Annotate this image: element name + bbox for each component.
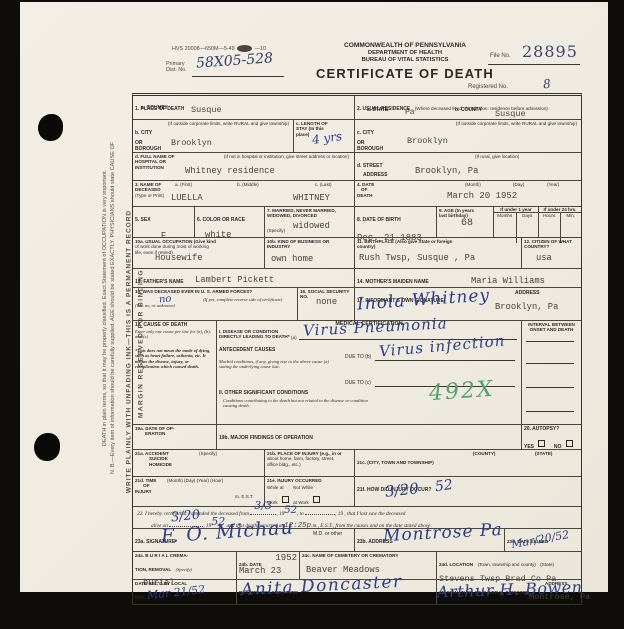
inst-note: (If not in hospital or institution, give… (211, 154, 349, 159)
marital-label2: WIDOWED, DIVORCED (267, 213, 352, 218)
field-birthplace: 11. BIRTHPLACE (Also give State or forei… (354, 238, 521, 268)
first-name-value: LUELLA (171, 193, 203, 203)
location-note: (Town, township and county) (478, 562, 536, 567)
mother-value: Maria Williams (471, 276, 545, 286)
row-injury-2: 21d. TIME OF INJURY (Month) (Day) (Year)… (133, 476, 581, 506)
residence-county-value: Susque (495, 109, 526, 119)
line (488, 64, 580, 65)
father-value: Lambert Pickett (195, 275, 274, 285)
cemetery-label: 24c. NAME OF CEMETERY OR CREMATORY (302, 553, 434, 558)
field-burial-type: 24a. B U R I A L CREMA- TION, REMOVAL (S… (133, 552, 236, 579)
row-physician: 23a. SIGNATURE M.D. or other F. O. Micha… (133, 528, 581, 551)
field-industry: 10b. KIND OF BUSINESS OR INDUSTRY own ho… (264, 238, 354, 268)
place-county-label: a. COUNTY (141, 105, 168, 111)
field-injury-city: 21c. (CITY, TOWN AND TOWNSHIP) (COUNTY) … (354, 450, 581, 476)
burial-date-year: 1952 (275, 553, 297, 563)
marital-value: widowed (293, 221, 330, 231)
while-at-work-checkbox (282, 496, 289, 503)
field-name-of-deceased: 3. NAME OF DECEASED (Type or Print) a. (… (133, 181, 354, 206)
field-length-of-stay: c. LENGTH OF STAY (In this place) 4 yrs (293, 120, 354, 152)
injury-city-label: 21c. (CITY, TOWN AND TOWNSHIP) (357, 460, 434, 465)
sex-label: 5. SEX (135, 217, 151, 223)
dod-day-label: (Day) (513, 182, 524, 187)
row-name-dod: 3. NAME OF DECEASED (Type or Print) a. (… (133, 180, 581, 206)
citizen-value: usa (536, 253, 579, 263)
field-street-address: d. STREET (If rural, give location) ADDR… (354, 153, 581, 180)
field-injury-occurred: 21e. INJURY OCCURRED While at Work Not W… (264, 477, 354, 506)
injury-place-label3: office bldg., etc.) (267, 462, 352, 467)
field-age-under24: If under 24 hrs. Hours Min. (538, 207, 581, 237)
last-name-value: WHITNEY (293, 193, 330, 203)
certify-from-blank: 3/3 (250, 508, 276, 515)
industry-value: own home (271, 254, 352, 264)
punch-hole (34, 433, 60, 461)
cause-a-label: (a) (291, 335, 297, 340)
while-label: While at (267, 485, 289, 490)
certify-comma19b: , 19 (335, 511, 343, 517)
forces-note2: (If yes, complete reverse side of certif… (203, 297, 293, 302)
cause-note2: *This does not mean the mode of dying, s… (135, 348, 214, 370)
date-signed-value: Mar/20/52 (510, 529, 570, 550)
department-line: DEPARTMENT OF HEALTH (295, 50, 515, 57)
row-cause-of-death: 18. CAUSE OF DEATH Enter only one cause … (133, 320, 581, 424)
residence-county-label: b. COUNTY (455, 107, 482, 113)
cause-note1: Enter only one cause per line for (a), (… (135, 329, 214, 340)
primary-dist-label: Primary Dist. No. (166, 61, 187, 74)
field-sex: 5. SEX F (133, 207, 194, 237)
field-accident-suicide: 21a. ACCIDENT SUICIDE HOMICIDE (Specify) (133, 450, 264, 476)
marital-label3: (Specify) (267, 228, 285, 233)
director-addr-value: Montrose, Pa (529, 592, 590, 602)
place-county-value: Susque (191, 105, 222, 115)
row-place-residence: 1. PLACE OF DEATH a. COUNTY Susque 2. US… (133, 96, 581, 119)
row-occupation: 10a. USUAL OCCUPATION (Give kind of work… (133, 237, 581, 268)
age-value: 68 (461, 218, 473, 229)
birthplace-label2: country) (357, 244, 519, 249)
residence-city-value: Brooklyn (407, 136, 448, 146)
autopsy-no-checkbox (566, 440, 573, 447)
field-registrar-signature: REGISTRAR'S SIGNATURE Anita Doncaster (236, 580, 436, 604)
field-operation-findings: 19b. MAJOR FINDINGS OF OPERATION (216, 425, 521, 449)
industry-label2: INDUSTRY (267, 244, 352, 249)
field-time-of-injury: 21d. TIME OF INJURY (Month) (Day) (Year)… (133, 477, 264, 506)
antecedent-label: ANTECEDENT CAUSES (219, 347, 275, 353)
residence-state-label: a. STATE (367, 107, 388, 113)
notwhile-label: Not While (293, 485, 320, 490)
field-father: 13. FATHER'S NAME Lambert Pickett (133, 269, 354, 287)
informant-signature: Inola Whitney (357, 287, 491, 313)
registered-no-value: 8 (542, 78, 551, 91)
line (192, 76, 284, 77)
file-no-label: File No. (490, 53, 511, 60)
certify-to-year-overlay: 52 (434, 478, 454, 494)
accident-label3: HOMICIDE (149, 462, 262, 467)
file-no-value: 28895 (522, 42, 578, 61)
field-burial-date: 24b. DATE 1952 March 23 (236, 552, 299, 579)
field-date-of-birth: 8. DATE OF BIRTH Dec. 21 1883 (354, 207, 436, 237)
form-number-text: HVS 20008—650M—5-49 (172, 46, 235, 52)
cause-title: 18. CAUSE OF DEATH (135, 322, 214, 328)
row-parents: 13. FATHER'S NAME Lambert Pickett 14. MO… (133, 268, 581, 287)
field-usual-residence: 2. USUAL RESIDENCE (Where deceased lived… (354, 96, 581, 119)
injury-state-label: (STATE) (535, 451, 552, 456)
birthplace-value: Rush Twsp, Susque , Pa (359, 253, 475, 263)
field-armed-forces: 15. WAS DECEASED EVER IN U. S. ARMED FOR… (133, 288, 297, 320)
field-citizen: 12. CITIZEN OF WHAT COUNTRY? usa (521, 238, 581, 268)
injury-occurred-label: 21e. INJURY OCCURRED (267, 478, 352, 483)
row-city-borough: b. CITY (If outside corporate limits, wr… (133, 119, 581, 152)
occupation-value: Housewife (155, 253, 203, 263)
place-city-value: Brooklyn (171, 138, 212, 148)
forces-value: no (159, 294, 172, 305)
certify-to-label: , to (297, 511, 304, 517)
field-funeral-director: 25. SIGNATURE OF FUNERAL DIRECTOR ADDRES… (436, 580, 581, 604)
place-city-label: b. CITY (135, 130, 152, 136)
row-registrar: DATE REC'D BY LOCAL REG. Mar 21/52 REGIS… (133, 579, 581, 604)
cause-code-value: 492X (428, 379, 495, 406)
injury-time-parts: (Month) (Day) (Year) (Hour) (167, 478, 223, 483)
line (526, 387, 574, 388)
field-marital-status: 7. MARRIED, NEVER MARRIED, WIDOWED, DIVO… (264, 207, 354, 237)
interval-label2: ONSET AND DEATH (524, 327, 579, 332)
certify-line1: 22. I hereby certify that I attended the… (137, 508, 577, 518)
field-ssn: 16. SOCIAL SECURITY NO. none (297, 288, 354, 320)
line (526, 341, 574, 342)
street-label: d. STREET (357, 163, 383, 169)
operation-date-label2: ERATION (145, 431, 214, 436)
cause-b-value: Virus infection (379, 334, 506, 360)
bureau-line: BUREAU OF VITAL STATISTICS (295, 57, 515, 64)
race-label: 6. COLOR OR RACE (197, 217, 245, 223)
informant-address-value: Brooklyn, Pa (495, 302, 558, 312)
row-operation: 19a. DATE OF OP- ERATION 19b. MAJOR FIND… (133, 424, 581, 449)
injury-county-label: (COUNTY) (473, 451, 495, 456)
certify-line1b: , that I last saw the deceased (344, 511, 405, 517)
physician-address-value: Montrose Pa (383, 522, 504, 545)
field-operation-date: 19a. DATE OF OP- ERATION (133, 425, 216, 449)
field-burial-location: 24d. LOCATION (Town, township and county… (436, 552, 581, 579)
row-sex-age: 5. SEX F 6. COLOR OR RACE white 7. MARRI… (133, 206, 581, 237)
row-institution-street: d. FULL NAME OF HOSPITAL OR INSTITUTION … (133, 152, 581, 180)
field-institution: d. FULL NAME OF HOSPITAL OR INSTITUTION … (133, 153, 354, 180)
field-residence-city: c. CITY (If outside corporate limits, wr… (354, 120, 581, 152)
field-how-injury: 21f. HOW DID INJURY OCCUR? 3/20 52 (354, 477, 581, 506)
line (526, 411, 574, 412)
scanned-certificate: MARGIN RESERVED FOR BINDING WRITE PLAINL… (0, 0, 624, 629)
accident-specify: (Specify) (199, 451, 217, 456)
field-cause-left: 18. CAUSE OF DEATH Enter only one cause … (133, 321, 216, 424)
commonwealth-line: COMMONWEALTH OF PENNSYLVANIA (295, 42, 515, 50)
first-label: a. (First) (175, 182, 192, 187)
row-injury-1: 21a. ACCIDENT SUICIDE HOMICIDE (Specify)… (133, 449, 581, 476)
burial-date-value: March 23 (239, 566, 281, 576)
certify-from-date: 3/3 (254, 500, 272, 511)
field-place-city: b. CITY (If outside corporate limits, wr… (133, 120, 293, 152)
field-informant: 17. INFORMANT'S OWN SIGNATURE ADDRESS In… (354, 288, 581, 320)
field-physician-signature: 23a. SIGNATURE M.D. or other F. O. Micha… (133, 529, 354, 551)
cause-b-label: DUE TO (b) (345, 354, 371, 360)
field-medical-certification: MEDICAL CERTIFICATION I. DISEASE OR COND… (216, 321, 521, 424)
field-place-of-death: 1. PLACE OF DEATH a. COUNTY Susque (133, 96, 354, 119)
field-age: 9. AGE (In years last birthday) 68 (436, 207, 493, 237)
street-value: Brooklyn, Pa (415, 166, 478, 176)
margin-note-nb2: DEATH in plain terms, so that it may be … (102, 28, 108, 588)
field-place-of-injury: 21b. PLACE OF INJURY (e.g., in or about … (264, 450, 354, 476)
field-date-received: DATE REC'D BY LOCAL REG. Mar 21/52 (133, 580, 236, 604)
certify-yr1: 52 (284, 505, 297, 516)
burial-type-label: 24a. B U R I A L CREMA- (135, 553, 234, 558)
inst-value: Whitney residence (185, 166, 275, 176)
injury-est-label: m. E.S.T. (235, 494, 254, 499)
certify-to-blank (305, 508, 335, 515)
cause-a-value: Virus Pneumonia (303, 316, 448, 339)
street-note: (If rural, give location) (475, 154, 519, 159)
field-age-under1: If under 1 year Months Days (493, 207, 538, 237)
margin-note-nb1: N. B.—Every item of information should b… (110, 28, 116, 588)
recd-label2: REG. (135, 595, 146, 600)
line (375, 360, 515, 361)
other-conditions-label: II. OTHER SIGNIFICANT CONDITIONS (219, 390, 308, 396)
autopsy-label: 20. AUTOPSY? (524, 426, 579, 432)
location-label: 24d. LOCATION (439, 562, 473, 567)
row-service-informant: 15. WAS DECEASED EVER IN U. S. ARMED FOR… (133, 287, 581, 320)
place-city-note: (If outside corporate limits, write RURA… (163, 121, 289, 126)
dist-no-label: Dist. No. (166, 67, 187, 73)
dob-label: 8. DATE OF BIRTH (357, 217, 401, 223)
field-color-race: 6. COLOR OR RACE white (194, 207, 264, 237)
dod-year-label: (Year) (547, 182, 559, 187)
certificate-title: CERTIFICATE OF DEATH (295, 66, 515, 82)
autopsy-yes-checkbox (538, 440, 545, 447)
mother-label: 14. MOTHER'S MAIDEN NAME (357, 279, 429, 285)
cause-c-label: DUE TO (c) (345, 380, 371, 386)
field-date-of-death: 4. DATE OF DEATH (Month) (Day) (Year) Ma… (354, 181, 581, 206)
not-while-at-work-checkbox (313, 496, 320, 503)
citizen-label2: COUNTRY? (524, 244, 579, 249)
ssn-value: none (316, 297, 337, 307)
burial-type-label3: (Specify) (176, 567, 192, 572)
location-state-note: (State) (540, 562, 554, 567)
last-label: c. (Last) (315, 182, 332, 187)
informant-address-label: ADDRESS (515, 290, 539, 296)
dod-month-label: (Month) (465, 182, 481, 187)
stay-value: 4 yrs (311, 130, 343, 146)
residence-state-value: Pa (405, 108, 415, 117)
residence-city-label: c. CITY (357, 130, 374, 136)
residence-city-note: (If outside corporate limits, write RURA… (387, 121, 577, 126)
punch-hole (38, 114, 63, 141)
line (526, 363, 574, 364)
dod-value: March 20 1952 (447, 191, 517, 201)
disease-label2: DIRECTLY LEADING TO DEATH* (219, 334, 290, 339)
middle-label: b. (Middle) (237, 182, 259, 187)
father-label: 13. FATHER'S NAME (135, 279, 184, 285)
burial-type-label2: TION, REMOVAL (135, 567, 171, 572)
certify-to-date-overlay: 3/20 (384, 481, 419, 499)
field-occupation: 10a. USUAL OCCUPATION (Give kind of work… (133, 238, 264, 268)
morbid-note: Morbid conditions, if any, giving rise t… (219, 359, 331, 370)
field-mother: 14. MOTHER'S MAIDEN NAME Maria Williams (354, 269, 581, 287)
operation-findings-label: 19b. MAJOR FINDINGS OF OPERATION (219, 435, 313, 441)
md-or-other-label: M.D. or other (313, 531, 342, 537)
header-center-block: COMMONWEALTH OF PENNSYLVANIA DEPARTMENT … (295, 42, 515, 81)
field-date-signed: 23c. DATE SIGNED Mar/20/52 (504, 529, 581, 551)
other-conditions-note: Conditions contributing to the death but… (223, 398, 373, 409)
recd-value: Mar 21/52 (147, 584, 206, 601)
field-interval: INTERVAL BETWEEN ONSET AND DEATH (521, 321, 581, 424)
certificate-form: 1. PLACE OF DEATH a. COUNTY Susque 2. US… (132, 93, 582, 605)
registered-no-label: Registered No. (468, 84, 508, 91)
field-physician-address: 23b. ADDRESS Montrose Pa (354, 529, 504, 551)
field-autopsy: 20. AUTOPSY? YES NO (521, 425, 581, 449)
